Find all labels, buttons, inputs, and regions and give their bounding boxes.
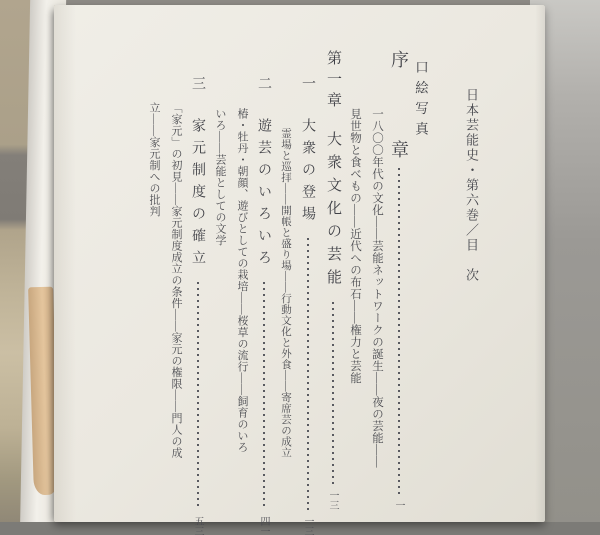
section2-desc-line-1: 椿・牡丹・朝顔、遊びとしての栽培――桜草の流行――飼育のいろ [231, 42, 252, 504]
page-number: 一三 [322, 490, 343, 510]
leader-dots [307, 238, 309, 510]
frontispiece-label: 口絵写真 [410, 42, 431, 504]
spacer [253, 90, 274, 118]
page-number: 一 [388, 500, 409, 510]
page-number: 四一 [253, 516, 274, 535]
page-title: 日本芸能史・第六巻／目 次 [461, 42, 482, 504]
spacer [322, 113, 343, 131]
section1-entry: 一 大衆の登場 一三 [297, 42, 318, 535]
chapter1-entry: 第一章 大衆文化の芸能 一三 [322, 42, 343, 512]
intro-chapter-title: 章 [388, 140, 409, 158]
table-of-contents: 日本芸能史・第六巻／目 次 口絵写真 序 章 一 一八〇〇年代の文化――芸能ネッ… [142, 42, 482, 504]
section3-number: 三 [187, 76, 208, 90]
section3-entry: 三 家元制度の確立 五三 [187, 42, 208, 535]
section3-desc-line-1: 「家元」の初見――家元制度成立の条件――家元の権限――門人の成 [165, 42, 186, 504]
book-photo: 日本芸能史・第六巻／目 次 口絵写真 序 章 一 一八〇〇年代の文化――芸能ネッ… [0, 0, 600, 535]
leader-dots [197, 282, 199, 510]
spacer [297, 90, 318, 118]
section2-desc-line-2: いろ――芸能としての文学 [209, 42, 230, 504]
spacer [187, 90, 208, 118]
section2-entry: 二 遊芸のいろいろ 四一 [253, 42, 274, 535]
section1-desc-line-1: 霊場と巡拝――開帳と盛り場――行動文化と外食――寄席芸の成立 [275, 42, 296, 504]
intro-chapter-desc-line-2: 見世物と食べもの――近代への布石――権力と芸能 [344, 42, 365, 504]
page-number: 五三 [187, 516, 208, 535]
intro-chapter-entry: 序 章 一 [388, 42, 409, 512]
leader-dots [332, 302, 334, 484]
spacer [388, 68, 409, 140]
section2-number: 二 [253, 76, 274, 90]
intro-chapter-desc-line-1: 一八〇〇年代の文化――芸能ネットワークの誕生――夜の芸能―― [366, 42, 387, 504]
section2-title: 遊芸のいろいろ [253, 118, 274, 272]
leader-dots [263, 282, 265, 510]
section1-title: 大衆の登場 [297, 118, 318, 228]
intro-chapter-prefix: 序 [388, 50, 409, 68]
chapter1-prefix: 第一章 [322, 50, 343, 113]
leader-dots [398, 168, 400, 494]
page-number: 一三 [297, 516, 318, 535]
section1-number: 一 [297, 76, 318, 90]
section3-title: 家元制度の確立 [187, 118, 208, 272]
chapter1-title: 大衆文化の芸能 [322, 131, 343, 292]
section3-desc-line-2: 立――家元制への批判 [143, 42, 164, 504]
